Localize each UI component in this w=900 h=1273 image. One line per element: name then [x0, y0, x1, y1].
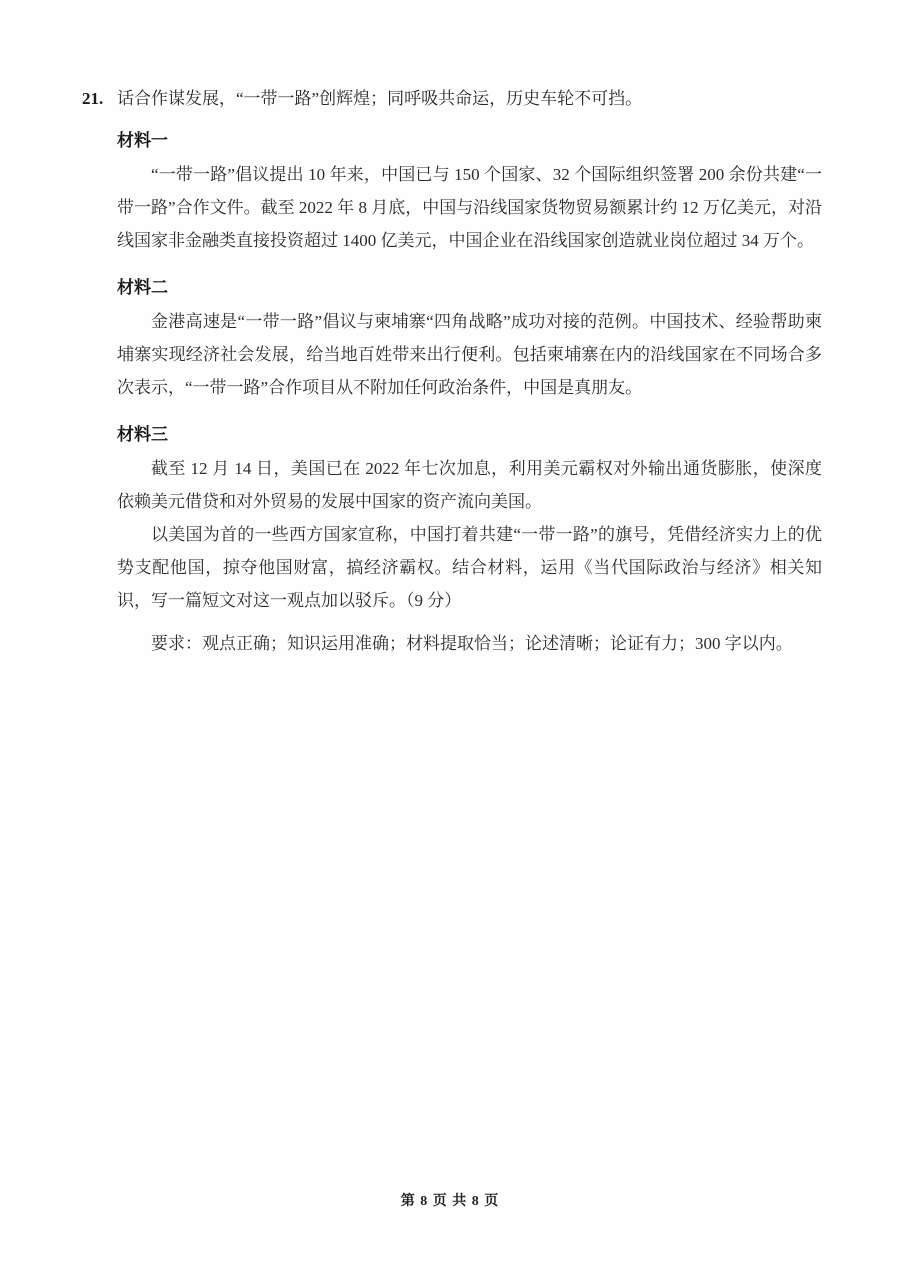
material-2-paragraph: 金港高速是“一带一路”倡议与柬埔寨“四角战略”成功对接的范例。中国技术、经验帮助… [117, 305, 822, 404]
material-1-heading: 材料一 [117, 130, 822, 152]
question-21: 21.话合作谋发展，“一带一路”创辉煌；同呼吸共命运，历史车轮不可挡。 [82, 88, 822, 110]
material-3-paragraph-2: 以美国为首的一些西方国家宣称，中国打着共建“一带一路”的旗号，凭借经济实力上的优… [117, 518, 822, 617]
requirements-line: 要求：观点正确；知识运用准确；材料提取恰当；论述清晰；论证有力；300 字以内。 [117, 627, 822, 660]
exam-page: 21.话合作谋发展，“一带一路”创辉煌；同呼吸共命运，历史车轮不可挡。 材料一 … [0, 0, 900, 1273]
material-1-section: 材料一 “一带一路”倡议提出 10 年来，中国已与 150 个国家、32 个国际… [82, 130, 822, 257]
material-3-heading: 材料三 [117, 424, 822, 446]
material-3-paragraph-1: 截至 12 月 14 日，美国已在 2022 年七次加息，利用美元霸权对外输出通… [117, 452, 822, 518]
page-footer: 第 8 页 共 8 页 [0, 1190, 900, 1210]
question-number: 21. [82, 88, 117, 110]
material-2-section: 材料二 金港高速是“一带一路”倡议与柬埔寨“四角战略”成功对接的范例。中国技术、… [82, 277, 822, 404]
material-1-paragraph: “一带一路”倡议提出 10 年来，中国已与 150 个国家、32 个国际组织签署… [117, 158, 822, 257]
question-intro: 话合作谋发展，“一带一路”创辉煌；同呼吸共命运，历史车轮不可挡。 [117, 89, 642, 108]
page-content: 21.话合作谋发展，“一带一路”创辉煌；同呼吸共命运，历史车轮不可挡。 材料一 … [82, 88, 822, 660]
material-2-heading: 材料二 [117, 277, 822, 299]
material-3-section: 材料三 截至 12 月 14 日，美国已在 2022 年七次加息，利用美元霸权对… [82, 424, 822, 617]
